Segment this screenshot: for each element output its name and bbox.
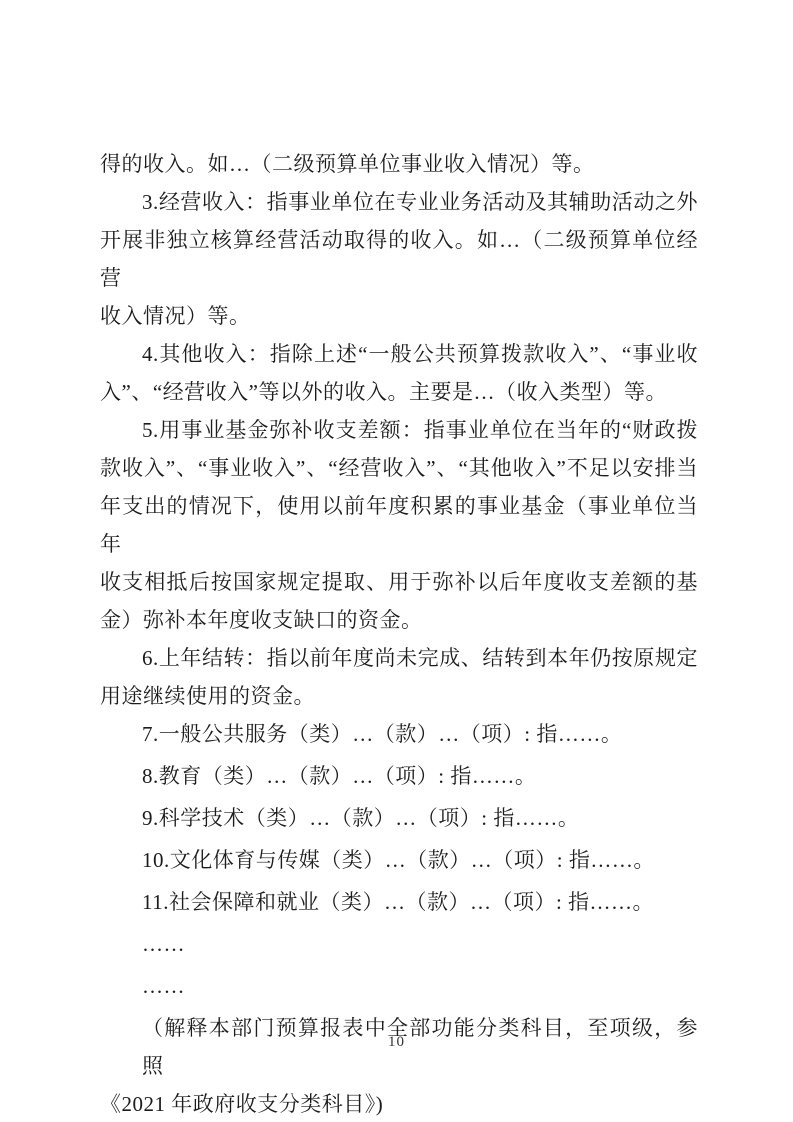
text-line: 3.经营收入：指事业单位在专业业务活动及其辅助活动之外 (100, 183, 698, 221)
text-line: 6.上年结转：指以前年度尚未完成、结转到本年仍按原规定 (100, 639, 698, 677)
paragraph: 得的收入。如…（二级预算单位事业收入情况）等。 (100, 145, 698, 183)
text-line: 9.科学技术（类）…（款）…（项）: 指……。 (100, 799, 698, 837)
paragraph: 4.其他收入：指除上述“一般公共预算拨款收入”、“事业收入”、“经营收入”等以外… (100, 335, 698, 411)
text-line: 10.文化体育与传媒（类）…（款）…（项）: 指……。 (100, 841, 698, 879)
paragraph: （解释本部门预算报表中全部功能分类科目，至项级，参照《2021 年政府收支分类科… (100, 1009, 698, 1122)
text-line: 用途继续使用的资金。 (100, 677, 698, 715)
text-line: 11.社会保障和就业（类）…（款）…（项）: 指……。 (100, 883, 698, 921)
text-line: 5.用事业基金弥补收支差额：指事业单位在当年的“财政拨 (100, 411, 698, 449)
text-line: 收支相抵后按国家规定提取、用于弥补以后年度收支差额的基 (100, 563, 698, 601)
text-line: 《2021 年政府收支分类科目》) (100, 1085, 698, 1122)
text-line: 开展非独立核算经营活动取得的收入。如…（二级预算单位经营 (100, 221, 698, 297)
text-line: …… (100, 967, 698, 1005)
text-line: 入”、“经营收入”等以外的收入。主要是…（收入类型）等。 (100, 373, 698, 411)
paragraph: 8.教育（类）…（款）…（项）: 指……。 (100, 757, 698, 795)
document-page: 得的收入。如…（二级预算单位事业收入情况）等。3.经营收入：指事业单位在专业业务… (0, 0, 793, 1122)
paragraph: …… (100, 925, 698, 963)
text-line: 金）弥补本年度收支缺口的资金。 (100, 601, 698, 639)
text-line: 收入情况）等。 (100, 297, 698, 335)
paragraph: 5.用事业基金弥补收支差额：指事业单位在当年的“财政拨款收入”、“事业收入”、“… (100, 411, 698, 639)
paragraph: 10.文化体育与传媒（类）…（款）…（项）: 指……。 (100, 841, 698, 879)
text-line: 得的收入。如…（二级预算单位事业收入情况）等。 (100, 145, 698, 183)
paragraph: 11.社会保障和就业（类）…（款）…（项）: 指……。 (100, 883, 698, 921)
document-body: 得的收入。如…（二级预算单位事业收入情况）等。3.经营收入：指事业单位在专业业务… (100, 145, 698, 1122)
paragraph: 7.一般公共服务（类）…（款）…（项）: 指……。 (100, 715, 698, 753)
text-line: 年支出的情况下，使用以前年度积累的事业基金（事业单位当年 (100, 487, 698, 563)
text-line: 7.一般公共服务（类）…（款）…（项）: 指……。 (100, 715, 698, 753)
text-line: 款收入”、“事业收入”、“经营收入”、“其他收入”不足以安排当 (100, 449, 698, 487)
text-line: 4.其他收入：指除上述“一般公共预算拨款收入”、“事业收 (100, 335, 698, 373)
paragraph: 9.科学技术（类）…（款）…（项）: 指……。 (100, 799, 698, 837)
text-line: 8.教育（类）…（款）…（项）: 指……。 (100, 757, 698, 795)
paragraph: …… (100, 967, 698, 1005)
page-number: 10 (0, 1034, 793, 1051)
paragraph: 3.经营收入：指事业单位在专业业务活动及其辅助活动之外开展非独立核算经营活动取得… (100, 183, 698, 335)
text-line: …… (100, 925, 698, 963)
paragraph: 6.上年结转：指以前年度尚未完成、结转到本年仍按原规定用途继续使用的资金。 (100, 639, 698, 715)
